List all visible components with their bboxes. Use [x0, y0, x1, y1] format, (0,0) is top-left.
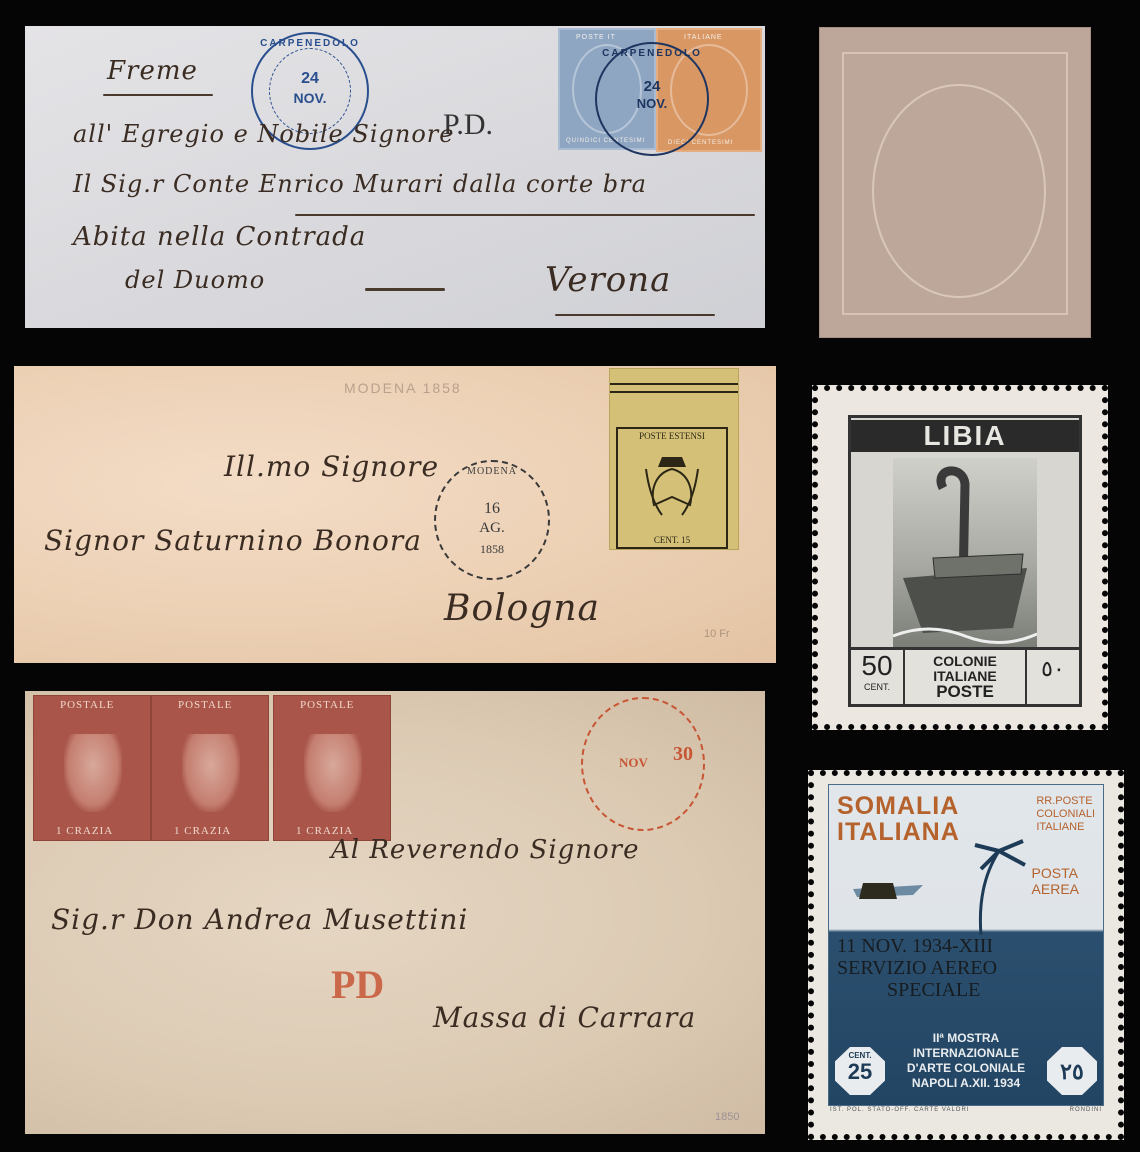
destination-verona: Verona — [545, 260, 671, 300]
address-line-2: Il Sig.r Conte Enrico Murari dalla corte… — [73, 170, 647, 198]
palm-tree-icon — [925, 835, 1035, 935]
address-line-4: del Duomo — [125, 266, 265, 294]
address-line-1: Ill.mo Signore — [224, 450, 439, 483]
libia-title: LIBIA — [851, 420, 1079, 452]
somalia-exhibition-text: IIª MOSTRA INTERNAZIONALE D'ARTE COLONIA… — [889, 1031, 1043, 1091]
stamp-toscana-1-crazia: POSTALE 1 CRAZIA — [273, 695, 391, 841]
libia-inscription: COLONIE ITALIANE POSTE — [905, 650, 1025, 704]
stamp-modena-15c: POSTE ESTENSI CENT. 15 — [609, 368, 739, 550]
cover-toscana: POSTALE 1 CRAZIA POSTALE 1 CRAZIA POSTAL… — [25, 691, 765, 1134]
eagle-crown-icon — [642, 449, 702, 519]
postmark-red: 30 NOV — [581, 697, 705, 831]
somalia-imprint: IST. POL. STATO-OFF. CARTE VALORI RONDIN… — [830, 1107, 1102, 1113]
stamp-toscana-1-crazia: POSTALE 1 CRAZIA — [151, 695, 269, 841]
corner-pencil: 10 Fr — [704, 628, 730, 640]
stamp-somalia-25c-airmail: SOMALIA ITALIANA RR.POSTE COLONIALI ITAL… — [808, 770, 1124, 1140]
address-line-1: Al Reverendo Signore — [331, 835, 640, 865]
somalia-poste-coloniali: RR.POSTE COLONIALI ITALIANE — [1036, 795, 1095, 834]
somalia-overprint: 11 NOV. 1934-XIII SERVIZIO AEREO SPECIAL… — [837, 935, 997, 1001]
galley-ship-illustration — [893, 458, 1037, 648]
address-line-2: Signor Saturnino Bonora — [44, 524, 422, 557]
libia-value: 50 CENT. — [851, 650, 905, 704]
routing-note: Freme — [107, 56, 198, 86]
embossed-portrait — [872, 84, 1046, 298]
somalia-posta-aerea: POSTA AEREA — [1032, 865, 1079, 897]
red-pd-mark: PD — [331, 961, 384, 1008]
ship-icon — [893, 458, 1037, 648]
postmark-carpenedolo-on-stamps: CARPENEDOLO 24 NOV. — [595, 42, 709, 156]
somalia-value-arabic: ٢٥ — [1047, 1047, 1097, 1095]
cover-modena: MODENA 1858 MODENA 16 AG. 1858 POSTE EST… — [14, 366, 776, 663]
address-line-2: Sig.r Don Andrea Musettini — [51, 903, 468, 936]
address-line-3: Abita nella Contrada — [73, 222, 366, 252]
destination-massa: Massa di Carrara — [433, 1001, 696, 1034]
destination-bologna: Bologna — [444, 588, 600, 629]
stamp-libia-50c: LIBIA 50 CENT. COLONIE ITALIANE POSTE ٥٠ — [812, 385, 1108, 730]
airplane-crown-icon — [853, 877, 923, 905]
somalia-value-latin: CENT. 25 — [835, 1047, 885, 1095]
pencil-note: MODENA 1858 — [344, 380, 462, 396]
libia-arabic-value: ٥٠ — [1025, 650, 1079, 704]
stamp-toscana-1-crazia: POSTALE 1 CRAZIA — [33, 695, 151, 841]
postmark-modena: MODENA 16 AG. 1858 — [434, 460, 550, 580]
stamp-reverse — [819, 27, 1091, 338]
corner-pencil: 1850 — [715, 1111, 739, 1123]
address-line-1: all' Egregio e Nobile Signore — [73, 120, 454, 148]
cover-carpenedolo: Freme CARPENEDOLO 24 NOV. P.D. POSTE IT … — [25, 26, 765, 328]
